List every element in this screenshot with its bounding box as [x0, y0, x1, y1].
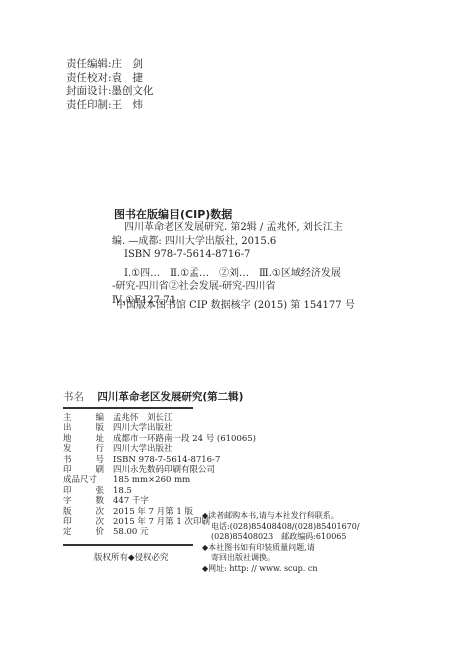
note-quality-return: 寄回出版社调换。: [202, 553, 360, 564]
info-row: 成品尺寸185 mm×260 mm: [63, 475, 256, 485]
cip-isbn: ISBN 978-7-5614-8716-7: [112, 248, 348, 262]
info-row: 发行四川大学出版社: [63, 444, 256, 454]
book-name-value: 四川革命老区发展研究(第二辑): [97, 391, 243, 403]
info-row: 书号ISBN 978-7-5614-8716-7: [63, 455, 256, 465]
info-row: 出版四川大学出版社: [63, 423, 256, 433]
note-phone: 电话:(028)85408408/(028)85401670/: [202, 522, 360, 533]
info-row: 字数447 千字: [63, 496, 256, 506]
cip-record: 四川革命老区发展研究. 第2辑 / 孟兆怀, 刘长江主 编. —成都: 四川大学…: [112, 221, 348, 307]
cip-title: 图书在版编目(CIP)数据: [114, 206, 232, 222]
note-website: ◆网址: http: // www. scup. cn: [202, 564, 360, 575]
info-row: 印张18.5: [63, 486, 256, 496]
info-row: 主编孟兆怀 刘长江: [63, 413, 256, 423]
book-name: 书名 四川革命老区发展研究(第二辑): [63, 389, 243, 404]
cip-line2: 编. —成都: 四川大学出版社, 2015.6: [112, 235, 348, 249]
staff-credits: 责任编辑:庄 剑 责任校对:袁 捷 封面设计:墨创文化 责任印制:王 炜: [66, 58, 154, 112]
divider-top: [63, 407, 193, 409]
cip-record-number: 中国版本图书馆 CIP 数据核字 (2015) 第 154177 号: [116, 296, 355, 311]
cip-line1: 四川革命老区发展研究. 第2辑 / 孟兆怀, 刘长江主: [112, 221, 348, 235]
reader-notes: ◆读者邮购本书,请与本社发行科联系。 电话:(028)85408408/(028…: [202, 511, 360, 574]
note-phone-postcode: (028)85408023 邮政编码:610065: [202, 532, 360, 543]
cip-class1: Ⅰ.①四… Ⅱ.①孟… ②刘… Ⅲ.①区域经济发展: [112, 267, 348, 281]
divider-bottom: [63, 544, 193, 546]
info-row: 地址成都市一环路南一段 24 号 (610065): [63, 434, 256, 444]
staff-editor: 责任编辑:庄 剑: [66, 58, 154, 72]
staff-cover-design: 封面设计:墨创文化: [66, 85, 154, 99]
note-quality: ◆本社图书如有印装质量问题,请: [202, 543, 360, 554]
info-row: 印刷四川永先数码印刷有限公司: [63, 465, 256, 475]
staff-printing: 责任印制:王 炜: [66, 99, 154, 113]
cip-class2: -研究-四川省②社会发展-研究-四川省: [112, 280, 348, 294]
copyright-notice: 版权所有◆侵权必究: [94, 551, 169, 563]
book-name-label: 书名: [63, 391, 84, 403]
note-mail-order: ◆读者邮购本书,请与本社发行科联系。: [202, 511, 360, 522]
staff-proofreader: 责任校对:袁 捷: [66, 72, 154, 86]
